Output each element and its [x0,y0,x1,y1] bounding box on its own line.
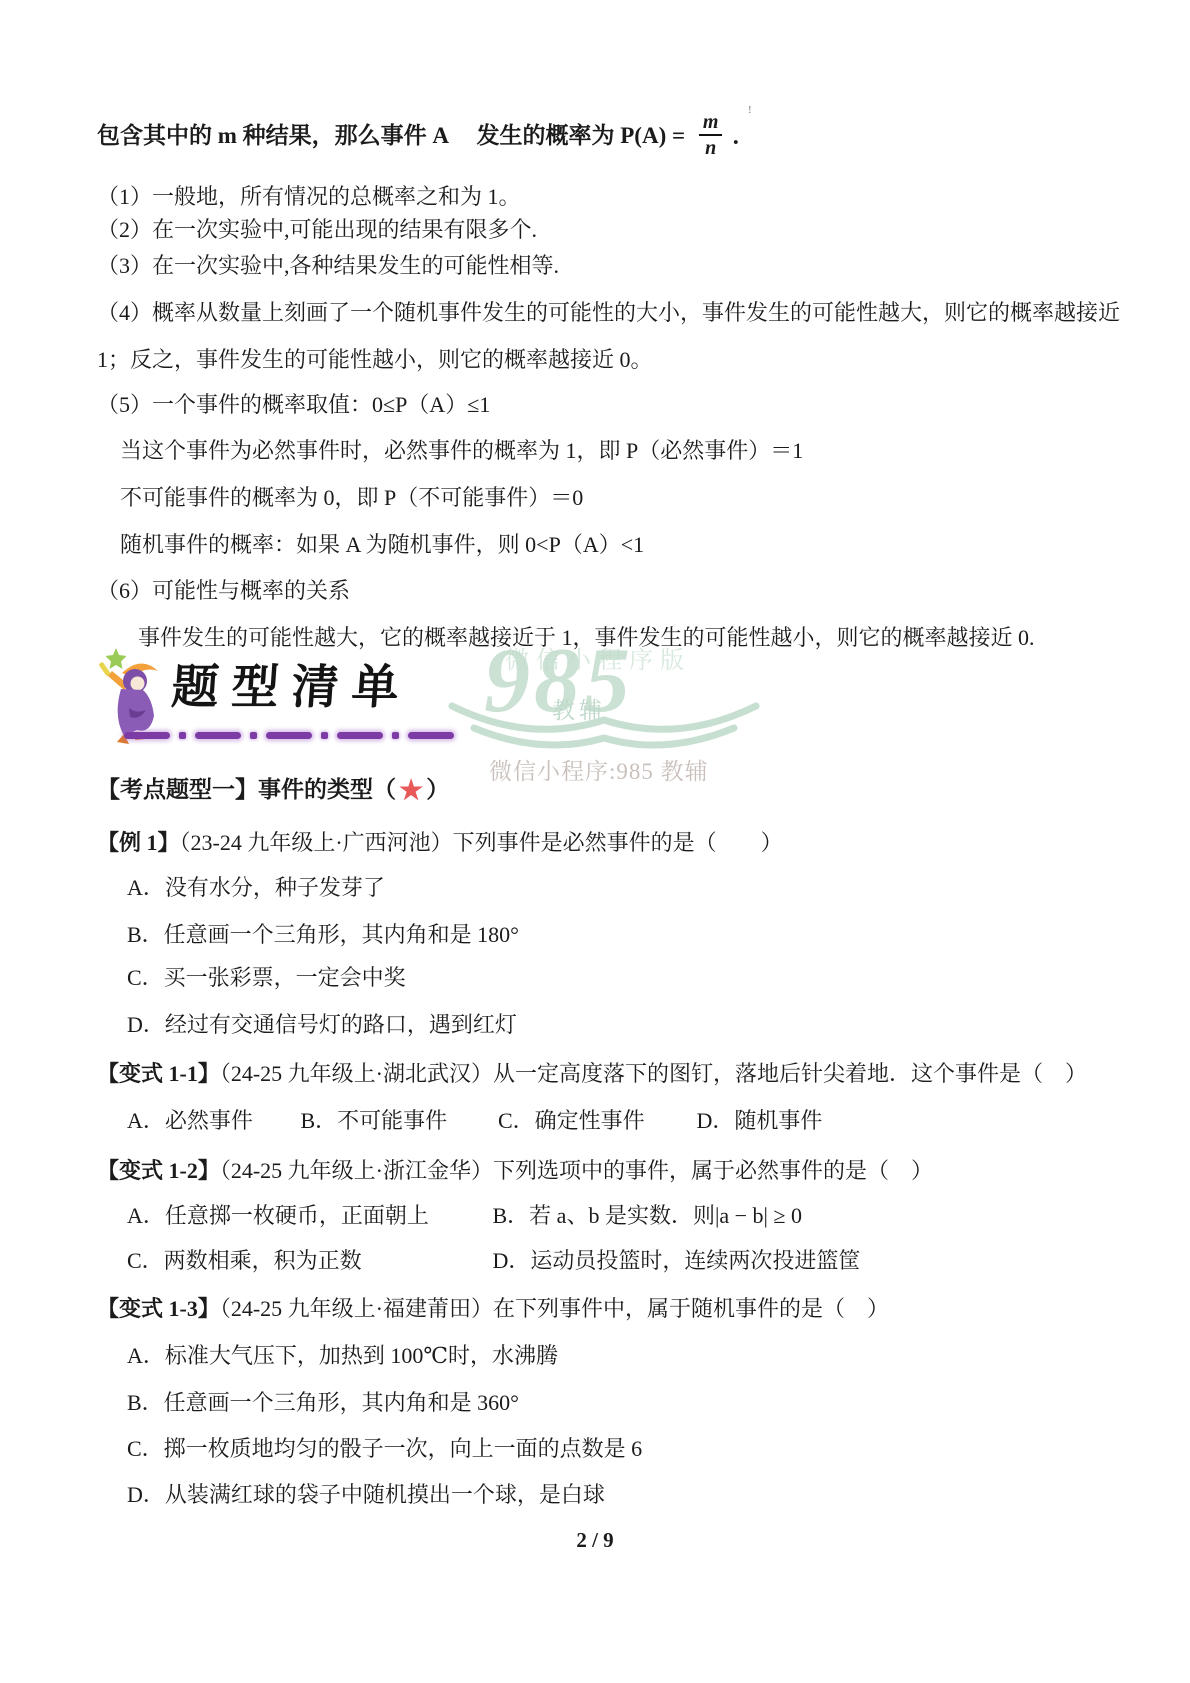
point-3: （3）在一次实验中,各种结果发生的可能性相等. [97,252,559,279]
page-number: 2 / 9 [0,1528,1190,1553]
point-5: （5）一个事件的概率取值：0≤P（A）≤1 [97,391,490,418]
variant12-text: （24-25 九年级上·浙江金华）下列选项中的事件，属于必然事件的是（ ） [220,1158,933,1183]
variant11-label: 【变式 1-1】 [97,1061,220,1086]
example1-option-b: B．任意画一个三角形，其内角和是 180° [127,921,519,948]
lead-period: ． [732,122,755,149]
variant11-option-b: B．不可能事件 [301,1107,493,1134]
variant12-option-b: B．若 a、b 是实数．则|a − b| ≥ 0 [493,1203,803,1228]
variant11-option-a: A．必然事件 [127,1107,295,1134]
variant13-option-d: D．从装满红球的袋子中随机摸出一个球，是白球 [127,1481,605,1508]
point-5-sub3: 随机事件的概率：如果 A 为随机事件，则 0<P（A）<1 [120,531,644,558]
topic-title: 事件的类型（ [258,777,396,802]
lead-formula-line: 包含其中的 m 种结果，那么事件 A 发生的概率为 P(A) = m n ． [97,104,755,166]
variant13-stem: 【变式 1-3】（24-25 九年级上·福建莆田）在下列事件中，属于随机事件的是… [97,1295,889,1322]
point-4-line2: 1；反之，事件发生的可能性越小，则它的概率越接近 0。 [97,346,653,373]
variant12-option-d: D．运动员投篮时，连续两次投进篮筐 [493,1248,861,1273]
example1-label: 【例 1】 [97,830,180,855]
lead-text: 包含其中的 m 种结果，那么事件 A 发生的概率为 P(A) = [97,122,685,149]
variant13-label: 【变式 1-3】 [97,1296,220,1321]
watermark-bottom-text: 微信小程序:985 教辅 [489,753,709,786]
topic-heading: 【考点题型一】事件的类型（★） [97,776,449,803]
dash-dot-underline [124,732,454,739]
example1-text: （23-24 九年级上·广西河池）下列事件是必然事件的是（ ） [180,830,783,855]
banner-title: 题型清单 [170,650,415,717]
section-banner: 题型清单 [96,646,466,750]
variant12-stem: 【变式 1-2】（24-25 九年级上·浙江金华）下列选项中的事件，属于必然事件… [97,1157,933,1184]
variant13-text: （24-25 九年级上·福建莆田）在下列事件中，属于随机事件的是（ ） [220,1296,889,1321]
topic-close-paren: ） [426,777,449,802]
variant12-options-row2: C．两数相乘，积为正数 D．运动员投篮时，连续两次投进篮筐 [127,1247,860,1274]
variant12-option-c: C．两数相乘，积为正数 [127,1247,487,1274]
variant11-options-row: A．必然事件 B．不可能事件 C．确定性事件 D．随机事件 [127,1107,822,1134]
point-1: （1）一般地，所有情况的总概率之和为 1。 [97,183,521,210]
example1-option-a: A．没有水分，种子发芽了 [127,874,385,901]
variant13-option-c: C．掷一枚质地均匀的骰子一次，向上一面的点数是 6 [127,1435,642,1462]
variant11-option-c: C．确定性事件 [498,1107,691,1134]
point-5-sub1: 当这个事件为必然事件时，必然事件的概率为 1，即 P（必然事件）＝1 [120,437,803,464]
variant11-text: （24-25 九年级上·湖北武汉）从一定高度落下的图钉，落地后针尖着地．这个事件… [220,1061,1087,1086]
fraction-m-over-n: m n [699,110,722,160]
variant12-label: 【变式 1-2】 [97,1158,220,1183]
open-book-icon [444,698,764,756]
point-6: （6）可能性与概率的关系 [97,577,350,604]
fraction-numerator: m [703,110,719,134]
variant12-option-a: A．任意掷一枚硬币，正面朝上 [127,1202,487,1229]
example1-stem: 【例 1】（23-24 九年级上·广西河池）下列事件是必然事件的是（ ） [97,829,783,856]
point-5-sub2: 不可能事件的概率为 0，即 P（不可能事件）＝0 [120,484,583,511]
wizard-mascot-icon [96,646,170,746]
example1-option-c: C．买一张彩票，一定会中奖 [127,964,406,991]
variant13-option-b: B．任意画一个三角形，其内角和是 360° [127,1389,519,1416]
variant11-stem: 【变式 1-1】（24-25 九年级上·湖北武汉）从一定高度落下的图钉，落地后针… [97,1060,1087,1087]
document-page: ! 包含其中的 m 种结果，那么事件 A 发生的概率为 P(A) = m n ．… [0,0,1190,1683]
point-4-line1: （4）概率从数量上刻画了一个随机事件发生的可能性的大小，事件发生的可能性越大，则… [97,299,1120,326]
variant11-option-d: D．随机事件 [697,1107,823,1134]
point-2: （2）在一次实验中,可能出现的结果有限多个. [97,216,537,243]
star-icon: ★ [396,779,426,801]
fraction-denominator: n [699,134,722,160]
variant13-option-a: A．标准大气压下，加热到 100℃时，水沸腾 [127,1342,558,1369]
topic-label: 【考点题型一】 [97,777,258,802]
example1-option-d: D．经过有交通信号灯的路口，遇到红灯 [127,1011,517,1038]
variant12-options-row1: A．任意掷一枚硬币，正面朝上 B．若 a、b 是实数．则|a − b| ≥ 0 [127,1202,802,1229]
